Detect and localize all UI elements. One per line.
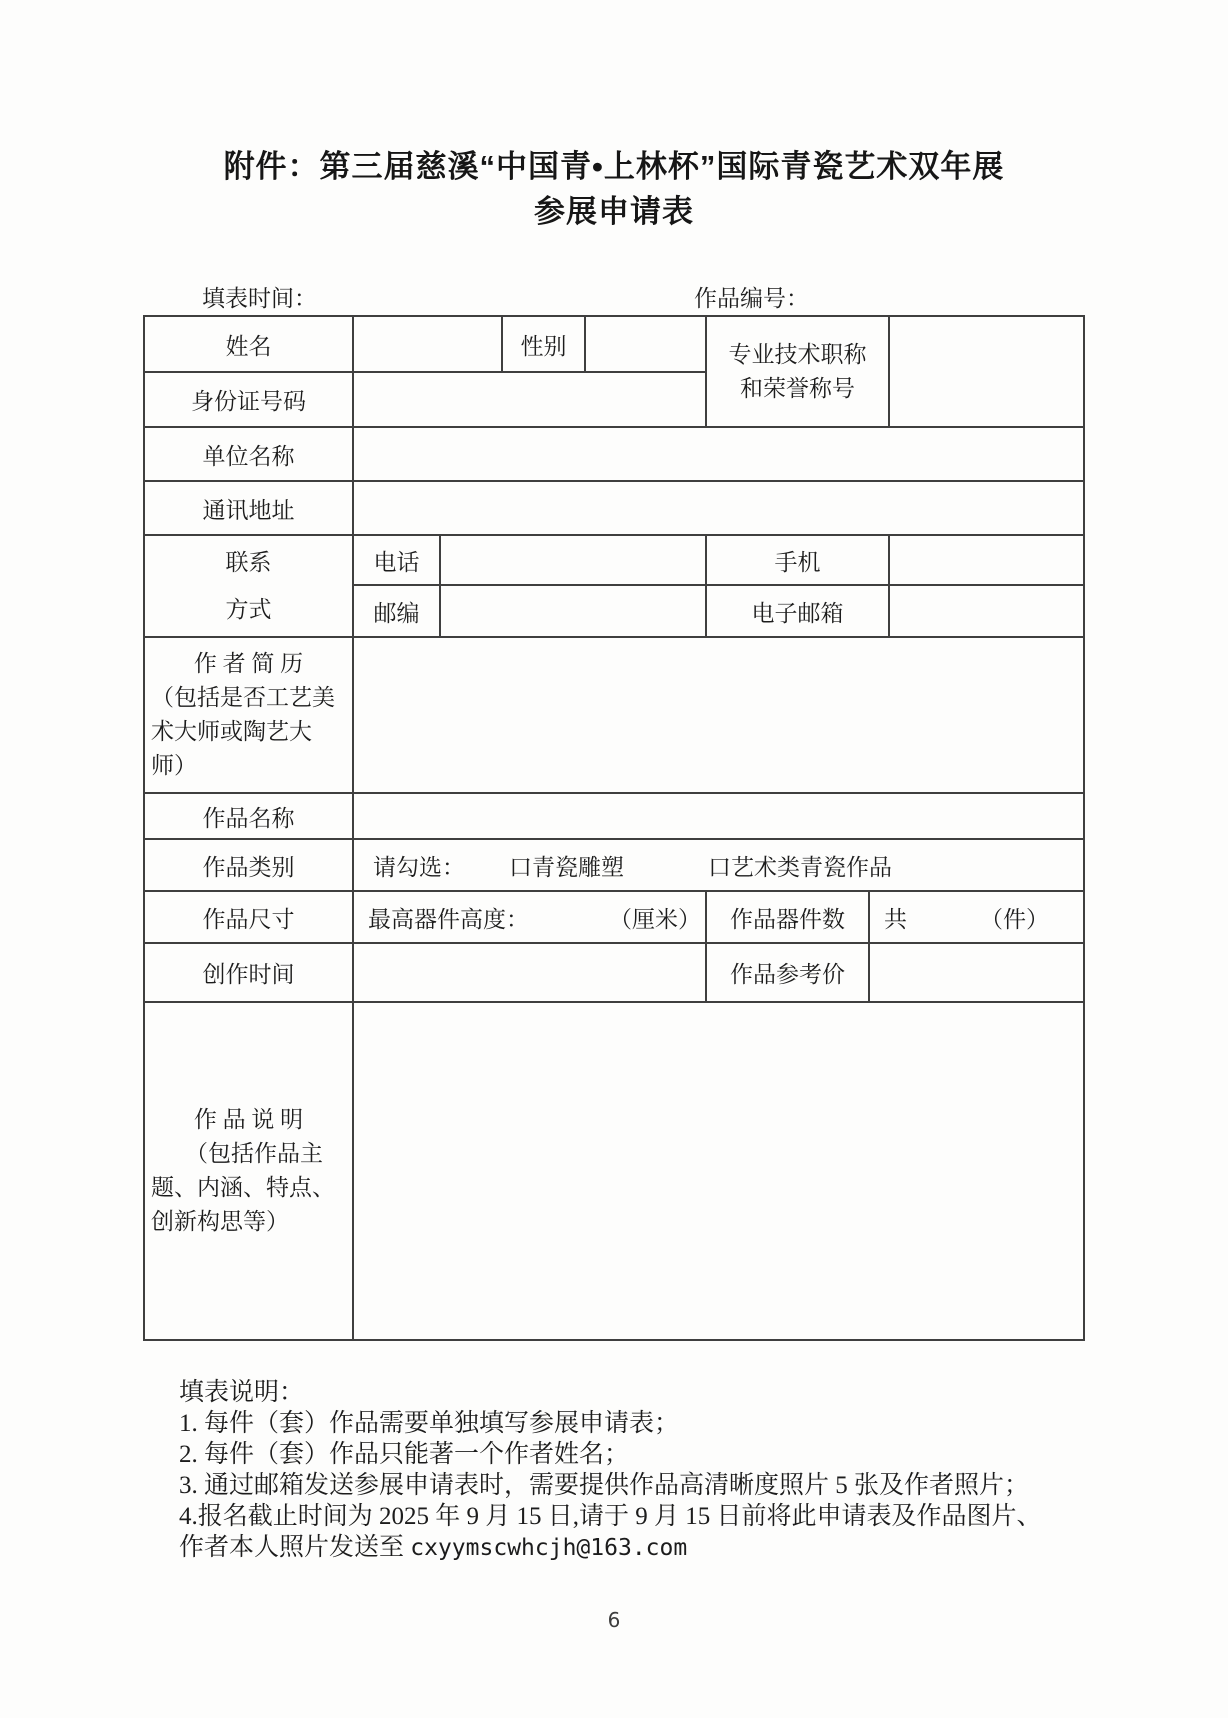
creation-time-label-cell: 创作时间 (144, 943, 353, 1002)
contact-label-cell: 联系 方式 (144, 535, 353, 637)
work-name-label-cell: 作品名称 (144, 793, 353, 839)
fill-time-label: 填表时间： (202, 280, 317, 313)
document-title: 附件：第三届慈溪“中国青•上林杯”国际青瓷艺术双年展 参展申请表 (0, 144, 1228, 234)
category-prompt: 请勾选： (373, 849, 465, 882)
note-item-4: 4.报名截止时间为 2025 年 9 月 15 日,请于 9 月 15 日前将此… (179, 1501, 1159, 1564)
desc-value-cell (353, 1002, 1084, 1340)
row-address: 通讯地址 (144, 481, 1084, 535)
piece-count-unit: （件） (980, 901, 1049, 934)
row-work-size: 作品尺寸 最高器件高度： （厘米） 作品器件数 共 （件） (144, 891, 1084, 943)
mobile-label-cell: 手机 (706, 535, 889, 585)
zip-value-cell (440, 585, 706, 637)
category-checkbox-option-2: 口艺术类青瓷作品 (708, 849, 892, 882)
unit-name-label-cell: 单位名称 (144, 427, 353, 481)
note-item-1: 1. 每件（套）作品需要单独填写参展申请表； (179, 1408, 1159, 1439)
meta-row: 填表时间： 作品编号： (143, 280, 1083, 310)
pro-title-value-cell (889, 316, 1084, 427)
work-category-value-cell: 请勾选： 口青瓷雕塑 口艺术类青瓷作品 (353, 839, 1084, 891)
page-number: 6 (0, 1608, 1228, 1632)
note-item-3: 3. 通过邮箱发送参展申请表时，需要提供作品高清晰度照片 5 张及作者照片； (179, 1470, 1159, 1501)
row-name: 姓名 性别 专业技术职称 和荣誉称号 (144, 316, 1084, 372)
ref-price-label-cell: 作品参考价 (706, 943, 869, 1002)
document-page: 附件：第三届慈溪“中国青•上林杯”国际青瓷艺术双年展 参展申请表 填表时间： 作… (0, 0, 1228, 1718)
phone-value-cell (440, 535, 706, 585)
max-height-label: 最高器件高度： (368, 901, 529, 934)
title-line-1: 附件：第三届慈溪“中国青•上林杯”国际青瓷艺术双年展 (0, 144, 1228, 189)
piece-count-prefix: 共 (884, 901, 907, 934)
desc-label-cell: 作 品 说 明 （包括作品主题、内涵、特点、创新构思等） (144, 1002, 353, 1340)
creation-time-value-cell (353, 943, 706, 1002)
max-height-unit: （厘米） (609, 901, 701, 934)
zip-label-cell: 邮编 (353, 585, 440, 637)
note-item-4-email: cxyymscwhcjh@163.com (410, 1535, 687, 1561)
notes-heading: 填表说明： (179, 1377, 1159, 1408)
bio-label-cell: 作 者 简 历 （包括是否工艺美术大师或陶艺大师） (144, 637, 353, 793)
bio-label-title: 作 者 简 历 (145, 647, 352, 681)
work-category-label-cell: 作品类别 (144, 839, 353, 891)
gender-value-cell (585, 316, 706, 372)
desc-label-note: （包括作品主题、内涵、特点、创新构思等） (145, 1137, 352, 1239)
desc-label-title: 作 品 说 明 (145, 1103, 352, 1137)
id-number-value-cell (353, 372, 706, 427)
artwork-no-label: 作品编号： (694, 280, 809, 313)
piece-count-content: 共 （件） (870, 901, 1083, 934)
note-item-2: 2. 每件（套）作品只能著一个作者姓名； (179, 1439, 1159, 1470)
ref-price-value-cell (869, 943, 1084, 1002)
piece-count-value-cell: 共 （件） (869, 891, 1084, 943)
email-value-cell (889, 585, 1084, 637)
bio-label-note: （包括是否工艺美术大师或陶艺大师） (145, 681, 352, 783)
application-form-table: 姓名 性别 专业技术职称 和荣誉称号 身份证号码 单位名称 通讯地址 联系 方式… (143, 315, 1085, 1341)
row-unit-name: 单位名称 (144, 427, 1084, 481)
address-value-cell (353, 481, 1084, 535)
bio-value-cell (353, 637, 1084, 793)
row-work-category: 作品类别 请勾选： 口青瓷雕塑 口艺术类青瓷作品 (144, 839, 1084, 891)
address-label-cell: 通讯地址 (144, 481, 353, 535)
row-creation-time: 创作时间 作品参考价 (144, 943, 1084, 1002)
mobile-value-cell (889, 535, 1084, 585)
pro-title-label-cell: 专业技术职称 和荣誉称号 (706, 316, 889, 427)
notes-section: 填表说明： 1. 每件（套）作品需要单独填写参展申请表； 2. 每件（套）作品只… (179, 1377, 1159, 1564)
gender-label-cell: 性别 (502, 316, 585, 372)
email-label-cell: 电子邮箱 (706, 585, 889, 637)
piece-count-label-cell: 作品器件数 (706, 891, 869, 943)
category-checkbox-option-1: 口青瓷雕塑 (509, 849, 624, 882)
max-height-cell: 最高器件高度： （厘米） (353, 891, 706, 943)
row-work-name: 作品名称 (144, 793, 1084, 839)
phone-label-cell: 电话 (353, 535, 440, 585)
name-value-cell (353, 316, 502, 372)
title-line-2: 参展申请表 (0, 189, 1228, 234)
row-work-description: 作 品 说 明 （包括作品主题、内涵、特点、创新构思等） (144, 1002, 1084, 1340)
name-label-cell: 姓名 (144, 316, 353, 372)
work-name-value-cell (353, 793, 1084, 839)
row-author-bio: 作 者 简 历 （包括是否工艺美术大师或陶艺大师） (144, 637, 1084, 793)
max-height-content: 最高器件高度： （厘米） (354, 901, 705, 934)
work-size-label-cell: 作品尺寸 (144, 891, 353, 943)
id-number-label-cell: 身份证号码 (144, 372, 353, 427)
row-phone: 联系 方式 电话 手机 (144, 535, 1084, 585)
unit-name-value-cell (353, 427, 1084, 481)
category-options: 请勾选： 口青瓷雕塑 口艺术类青瓷作品 (354, 849, 1083, 882)
